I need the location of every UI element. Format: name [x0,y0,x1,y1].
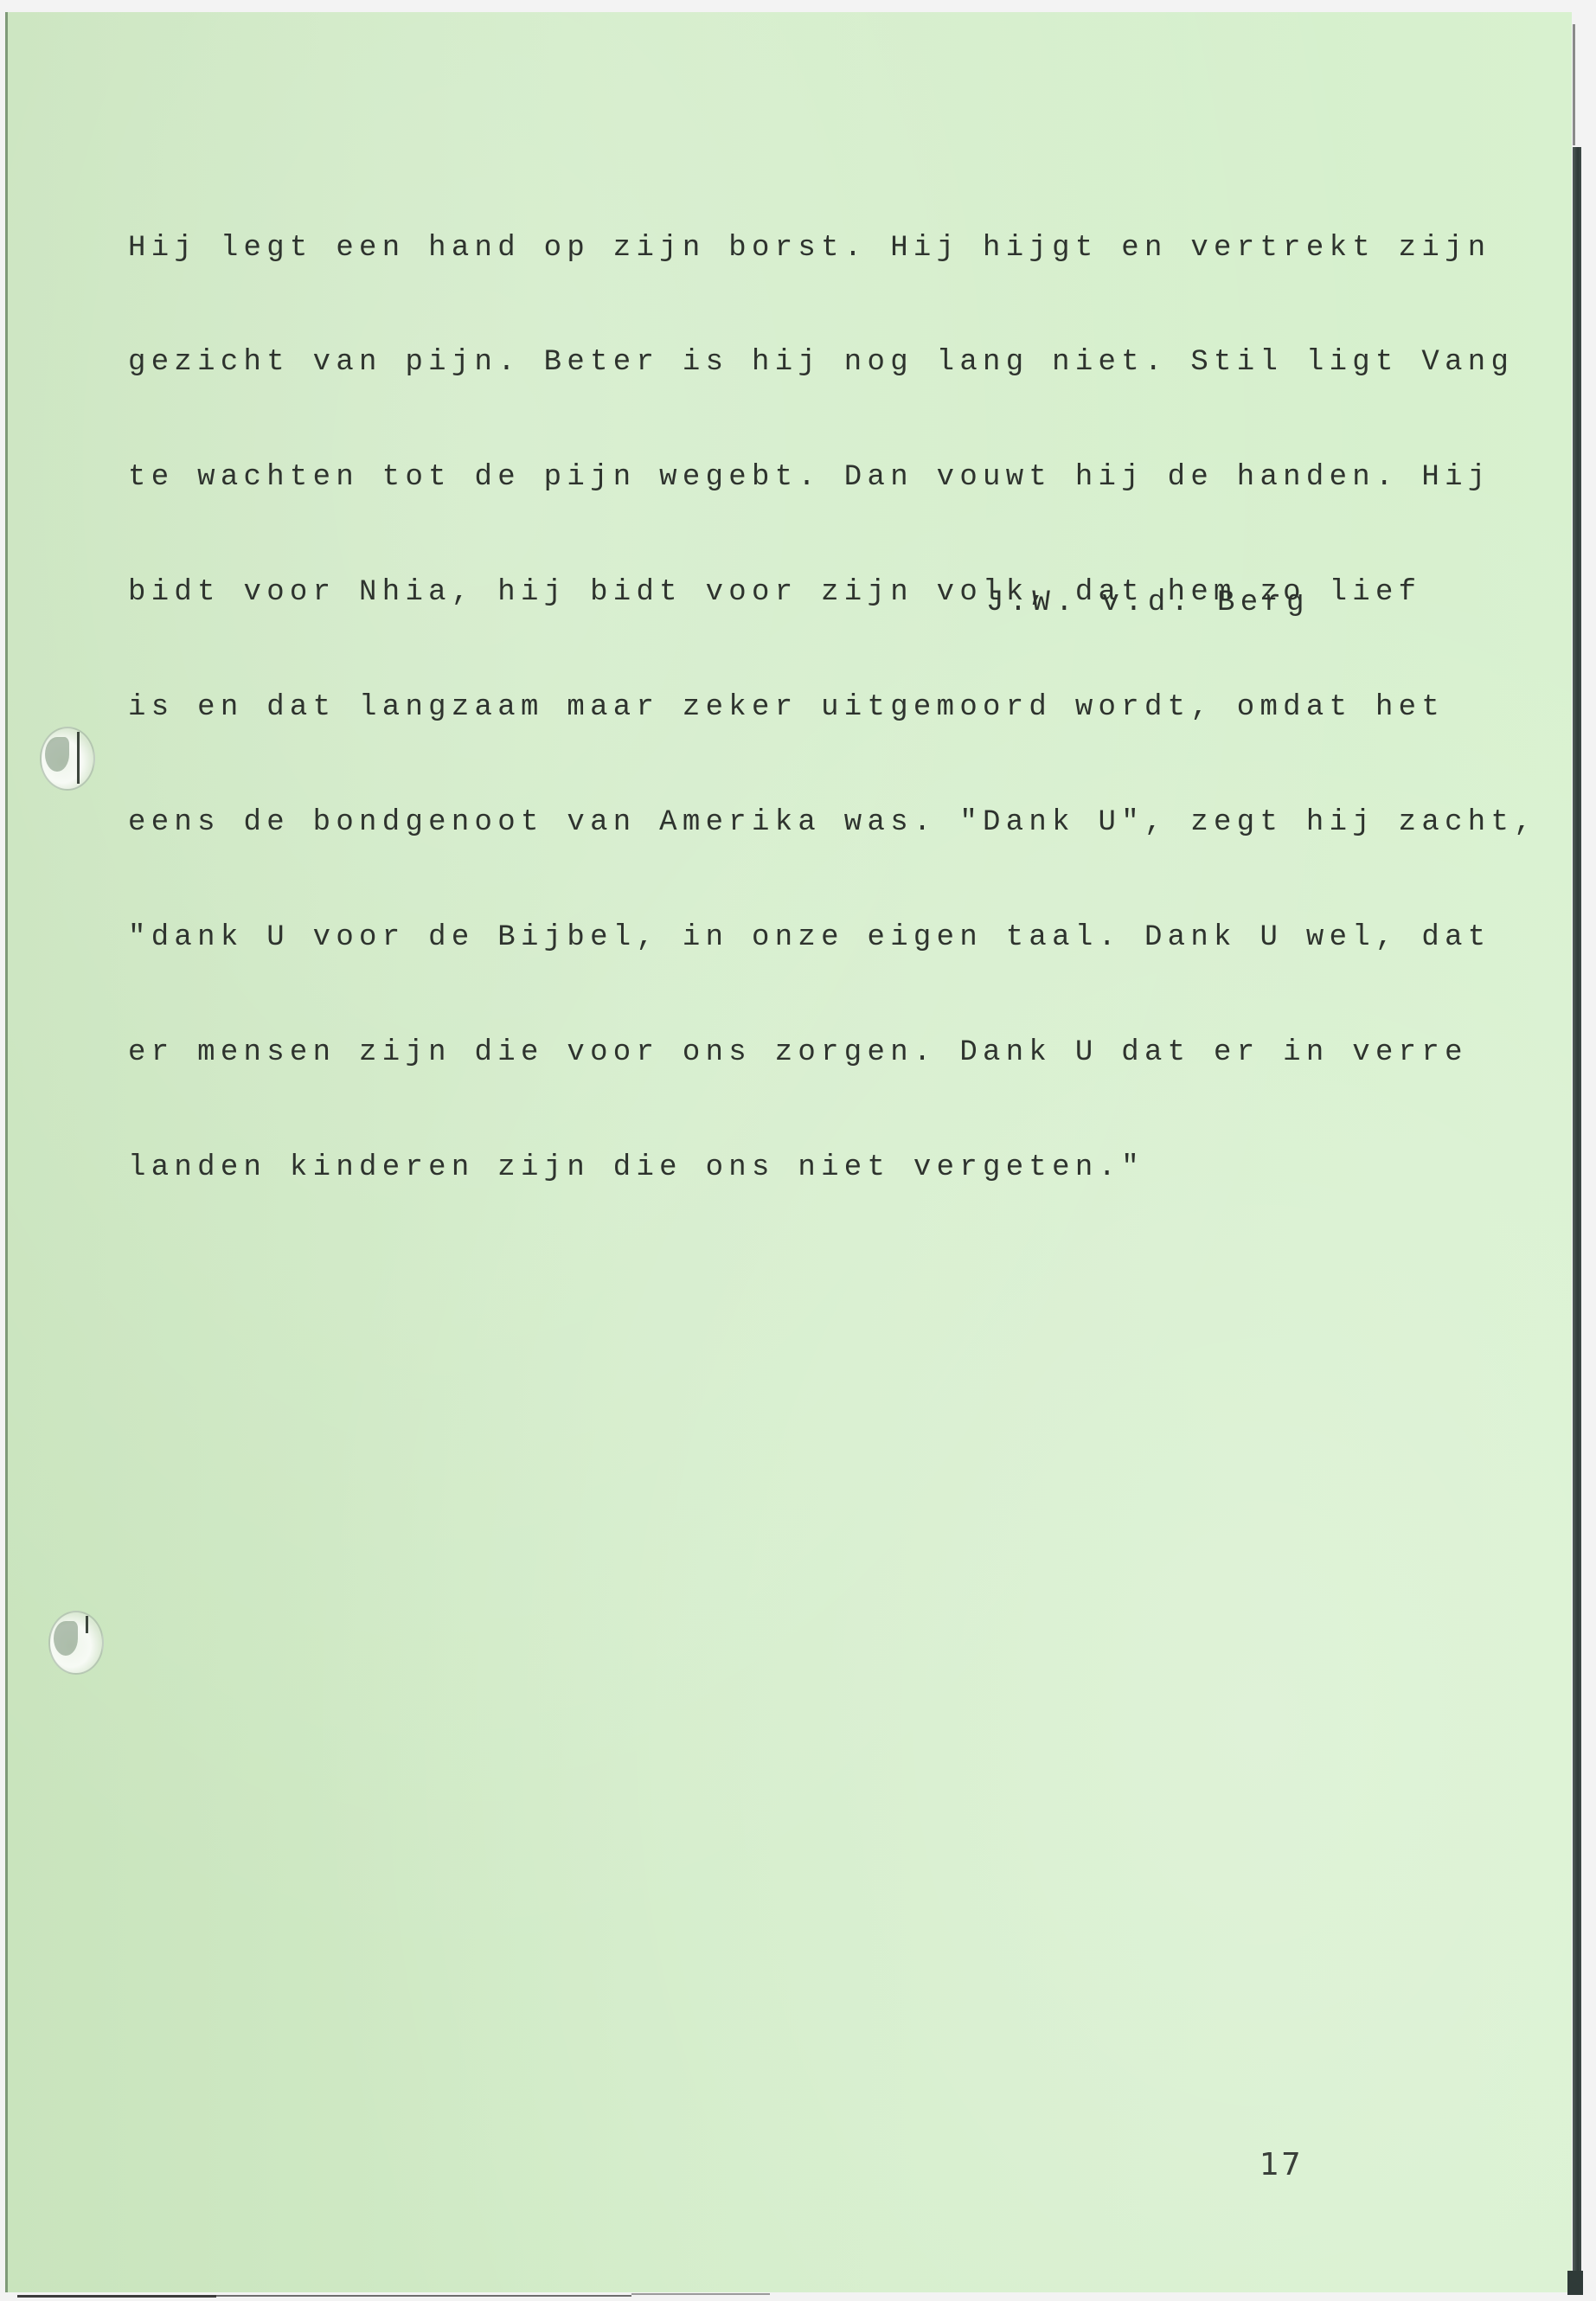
bottom-edge-line [631,2293,770,2295]
text-line: bidt voor Nhia, hij bidt voor zijn volk,… [128,574,1537,612]
bottom-edge-line [216,2295,631,2297]
text-line: "dank U voor de Bijbel, in onze eigen ta… [128,919,1537,957]
text-line: eens de bondgenoot van Amerika was. "Dan… [128,804,1537,842]
page-right-edge [1573,24,1575,145]
punch-hole-icon [40,727,95,791]
text-line: er mensen zijn die voor ons zorgen. Dank… [128,1034,1537,1072]
text-line: gezicht van pijn. Beter is hij nog lang … [128,343,1537,381]
scanned-page: Hij legt een hand op zijn borst. Hij hij… [0,0,1596,2301]
text-line: is en dat langzaam maar zeker uitgemoord… [128,689,1537,727]
text-line: te wachten tot de pijn wegebt. Dan vouwt… [128,458,1537,497]
punch-hole-icon [48,1611,104,1675]
page-number: 17 [1259,2147,1303,2182]
author-signature: J.W. v.d. Berg [986,586,1310,619]
binder-spine [1573,147,1581,2292]
text-line: landen kinderen zijn die ons niet verget… [128,1149,1537,1187]
text-line: Hij legt een hand op zijn borst. Hij hij… [128,229,1537,267]
body-paragraph: Hij legt een hand op zijn borst. Hij hij… [128,152,1537,1264]
bottom-edge-line [17,2295,216,2298]
binder-spine-foot [1567,2271,1583,2295]
